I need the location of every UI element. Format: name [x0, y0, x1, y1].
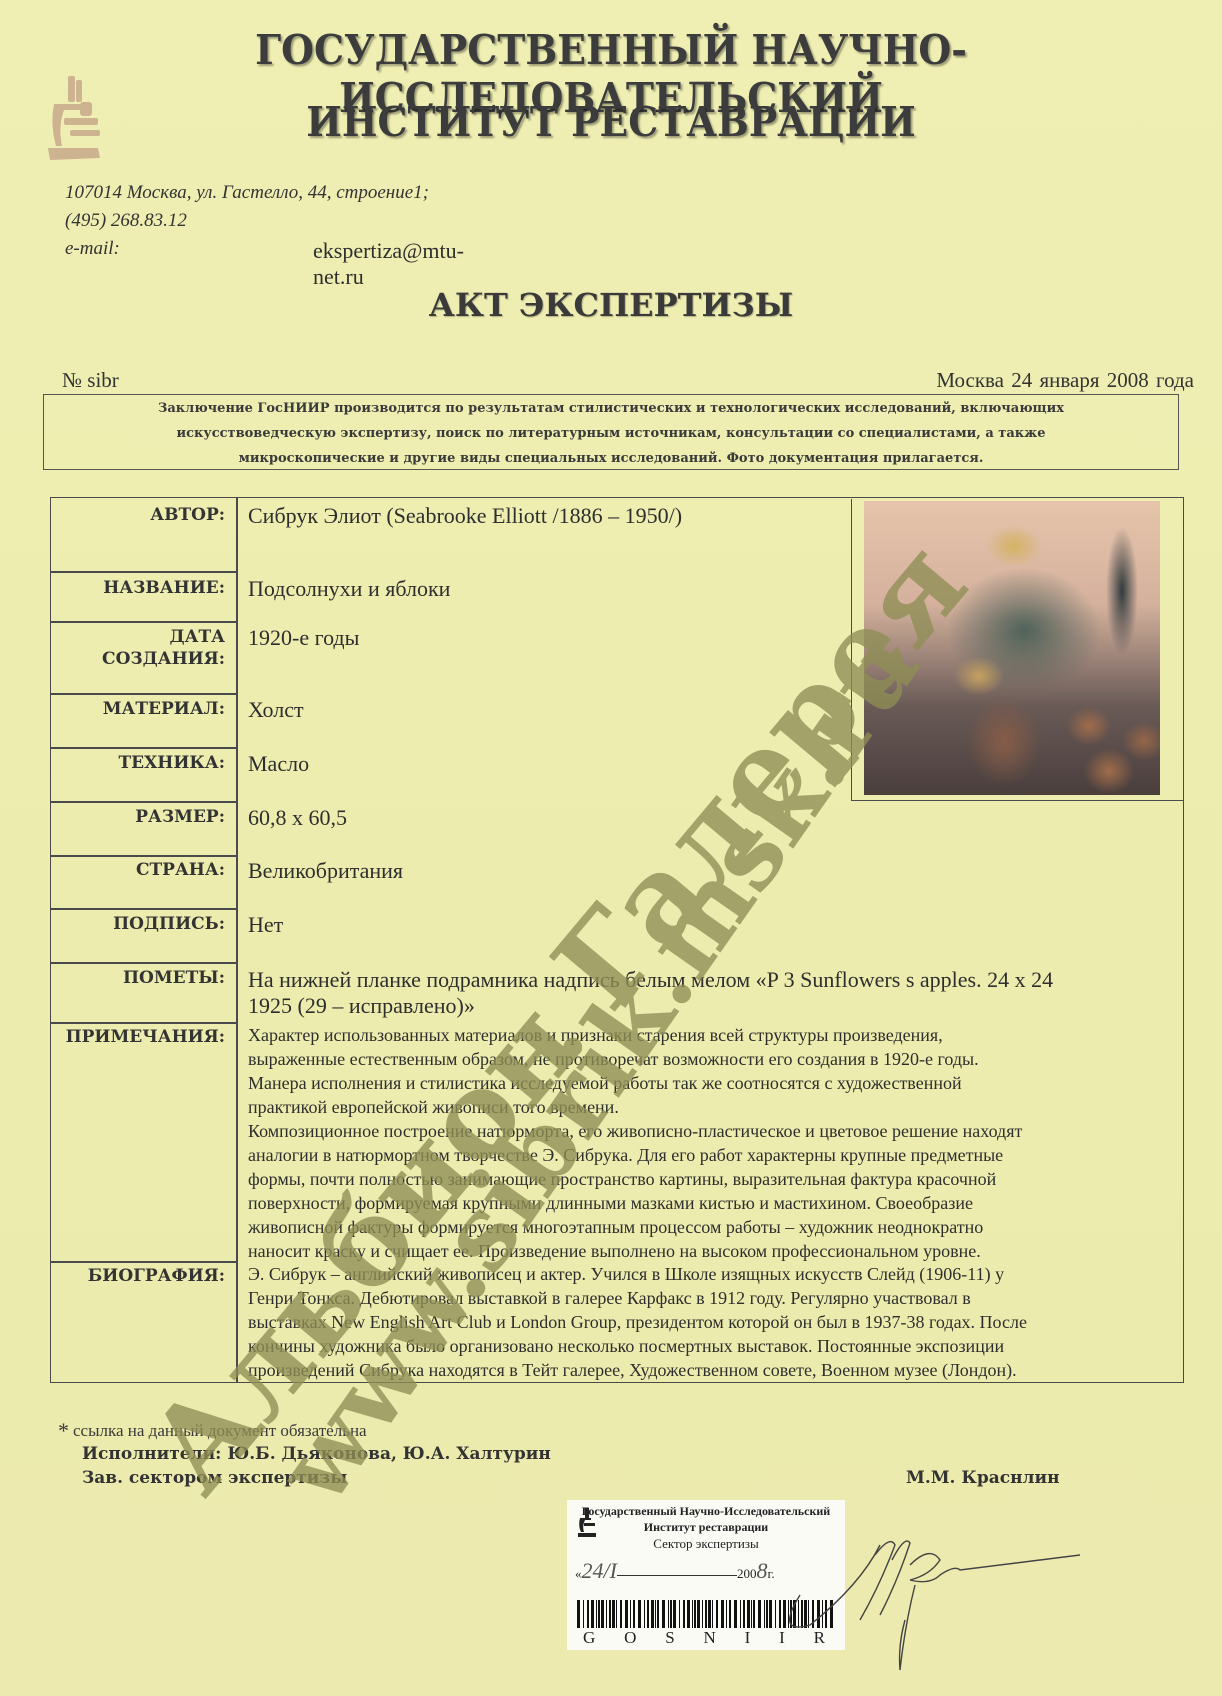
- label-title: НАЗВАНИЕ:: [52, 577, 225, 599]
- stamp-org-line1: Государственный Научно-Исследовательский: [567, 1504, 845, 1519]
- notes-line: выраженные естественным образом, не прот…: [248, 1047, 1178, 1071]
- barcode-char: G: [583, 1628, 597, 1648]
- value-material: Холст: [248, 697, 304, 723]
- label-date-line1: ДАТА: [52, 626, 225, 648]
- notes-line: формы, почти полностью занимающие простр…: [248, 1167, 1178, 1191]
- stamp-date-year-hand: 8: [756, 1558, 767, 1583]
- notes-line: практикой европейской живописи того врем…: [248, 1095, 1178, 1119]
- email-line: e-mail: ekspertiza@mtu-net.ru: [65, 238, 120, 260]
- head-of-sector-name: М.М. Краснлин: [906, 1468, 1060, 1488]
- value-title: Подсолнухи и яблоки: [248, 576, 450, 602]
- notes-line: живописной фактуры формируется многоэтап…: [248, 1215, 1178, 1239]
- document-title: АКТ ЭКСПЕРТИЗЫ: [0, 286, 1222, 324]
- label-material: МАТЕРИАЛ:: [52, 698, 225, 720]
- footnote: *ссылка на данный документ обязательна: [58, 1418, 367, 1444]
- notice-line: искусствоведческую экспертизу, поиск по …: [44, 421, 1178, 446]
- row-divider: [50, 571, 237, 573]
- stamp-date-handwritten: 24/I: [582, 1558, 617, 1583]
- notice-box: Заключение ГосНИИР производится по резул…: [43, 394, 1179, 470]
- label-marks: ПОМЕТЫ:: [52, 967, 225, 989]
- notes-line: поверхности, формируемая крупными длинны…: [248, 1191, 1178, 1215]
- biography-line: Э. Сибрук – английский живописец и актер…: [248, 1262, 1178, 1286]
- row-divider: [50, 621, 237, 623]
- biography-line: кончины художника было организовано неск…: [248, 1334, 1178, 1358]
- document-number: № sibr: [62, 368, 119, 393]
- stamp-date-line: [617, 1574, 737, 1576]
- executors: Исполнители: Ю.Б. Дьяконова, Ю.А. Халтур…: [82, 1444, 551, 1464]
- value-author: Сибрук Элиот (Seabrooke Elliott /1886 – …: [248, 503, 682, 529]
- value-marks-line: На нижней планке подрамника надпись белы…: [248, 967, 1053, 993]
- label-size: РАЗМЕР:: [52, 806, 225, 828]
- label-technique: ТЕХНИКА:: [52, 752, 225, 774]
- notes-line: Характер использованных материалов и при…: [248, 1023, 1178, 1047]
- painting-photo: [864, 501, 1160, 795]
- email-link[interactable]: ekspertiza@mtu-net.ru: [313, 238, 464, 290]
- label-biography: БИОГРАФИЯ:: [52, 1265, 225, 1287]
- notes-line: Композиционное построение натюрморта, ег…: [248, 1119, 1178, 1143]
- row-divider: [50, 1022, 237, 1024]
- document-page: ГОСУДАРСТВЕННЫЙ НАУЧНО-ИССЛЕДОВАТЕЛЬСКИЙ…: [0, 0, 1222, 1696]
- label-author: АВТОР:: [52, 504, 225, 526]
- value-notes: Характер использованных материалов и при…: [248, 1023, 1178, 1263]
- org-name-line2: ИНСТИТУТ РЕСТАВРАЦИИ: [49, 98, 1173, 146]
- row-divider: [50, 962, 237, 964]
- biography-line: выставках New English Art Club и London …: [248, 1310, 1178, 1334]
- value-country: Великобритания: [248, 858, 403, 884]
- email-label: e-mail:: [65, 238, 120, 259]
- value-date: 1920-е годы: [248, 625, 359, 651]
- notice-line: Заключение ГосНИИР производится по резул…: [44, 396, 1178, 421]
- value-technique: Масло: [248, 751, 309, 777]
- footnote-text: ссылка на данный документ обязательна: [73, 1421, 367, 1440]
- value-biography: Э. Сибрук – английский живописец и актер…: [248, 1262, 1178, 1382]
- address: 107014 Москва, ул. Гастелло, 44, строени…: [65, 182, 429, 204]
- table-divider: [236, 497, 238, 1383]
- value-signature: Нет: [248, 912, 283, 938]
- phone: (495) 268.83.12: [65, 210, 187, 232]
- barcode-char: O: [624, 1628, 638, 1648]
- row-divider: [50, 855, 237, 857]
- label-signature: ПОДПИСЬ:: [52, 913, 225, 935]
- barcode-char: I: [745, 1628, 753, 1648]
- row-divider: [50, 747, 237, 749]
- label-notes: ПРИМЕЧАНИЯ:: [52, 1026, 225, 1048]
- stamp-date-suffix: г.: [767, 1566, 774, 1581]
- row-divider: [50, 693, 237, 695]
- row-divider: [50, 801, 237, 803]
- notes-line: наносит краску и счищает ее. Произведени…: [248, 1239, 1178, 1263]
- notice-line: микроскопические и другие виды специальн…: [44, 446, 1178, 471]
- row-divider: [50, 908, 237, 910]
- biography-line: произведений Сибрука находятся в Тейт га…: [248, 1358, 1178, 1382]
- biography-line: Генри Тонкса. Дебютировал выставкой в га…: [248, 1286, 1178, 1310]
- barcode-char: N: [704, 1628, 718, 1648]
- value-marks-line: 1925 (29 – исправлено)»: [248, 993, 475, 1019]
- notes-line: Манера исполнения и стилистика исследуем…: [248, 1071, 1178, 1095]
- barcode-char: S: [665, 1628, 676, 1648]
- head-of-sector-title: Зав. сектором экспертизы: [82, 1468, 347, 1488]
- handwritten-signature: [780, 1525, 1100, 1675]
- stamp-date-year: 200: [737, 1566, 757, 1581]
- value-size: 60,8 x 60,5: [248, 805, 347, 831]
- place-date: Москва 24 января 2008 года: [936, 368, 1194, 393]
- row-divider: [50, 1261, 237, 1263]
- footnote-mark: *: [58, 1418, 69, 1443]
- notes-line: аналогии в натюрмортном творчестве Э. Си…: [248, 1143, 1178, 1167]
- label-date-line2: СОЗДАНИЯ:: [52, 648, 225, 670]
- label-country: СТРАНА:: [52, 859, 225, 881]
